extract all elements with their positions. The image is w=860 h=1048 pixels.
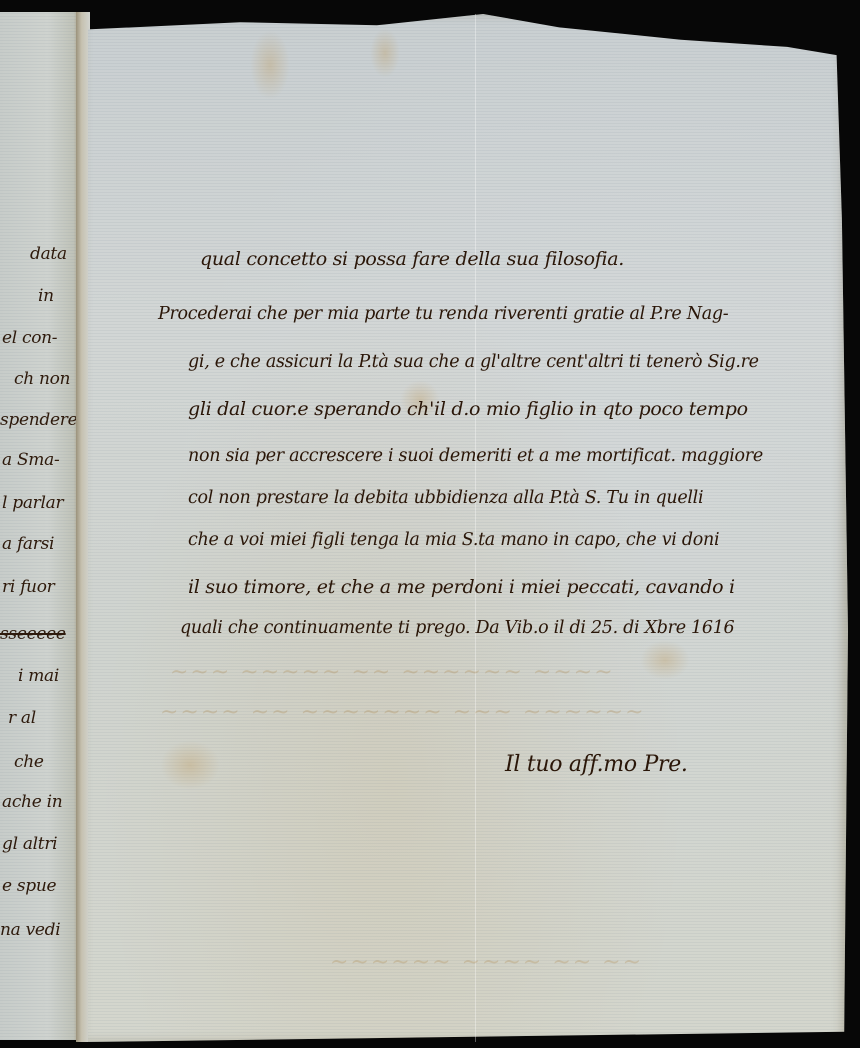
ink-bleed-through: ~~~~~~ ~~~~ ~~ ~~ [330,950,643,975]
left-fragment-struck: sseeeee [0,624,66,644]
paper-fold-line [475,14,476,1042]
ink-bleed-through: ~~~~ ~~ ~~~~~~~ ~~~ ~~~~~~ [160,700,646,725]
left-fragment: l parlar [2,493,63,513]
left-adjacent-page: data in el con- ch non spendere a Sma- l… [0,12,80,1040]
left-fragment: spendere [0,410,77,430]
left-fragment: na vedi [0,920,60,940]
left-fragment: data [30,244,67,264]
left-fragment: che [14,752,44,772]
manuscript-scan: data in el con- ch non spendere a Sma- l… [0,0,860,1048]
closing-signature: Il tuo aff.mo Pre. [505,752,688,777]
left-fragment: in [38,286,54,306]
letter-line-2: Procederai che per mia parte tu renda ri… [158,304,728,324]
left-fragment: ch non [14,369,70,389]
left-fragment: a Sma- [2,450,59,470]
left-fragment: el con- [2,328,57,348]
left-fragment: gl altri [2,834,57,854]
left-fragment: a farsi [2,534,54,554]
main-page [88,14,848,1042]
foxing-stain [160,740,220,790]
binding-gutter [76,12,90,1042]
left-fragment: r al [8,708,36,728]
ink-bleed-through: ~~~ ~~~~~ ~~ ~~~~~~ ~~~~ [170,660,615,685]
left-fragment: i mai [18,666,59,686]
letter-line-8: il suo timore, et che a me perdoni i mie… [188,576,735,598]
left-fragment: e spue [2,876,56,896]
letter-line-9-date: quali che continuamente ti prego. Da Vib… [180,618,734,638]
letter-line-7: che a voi miei figli tenga la mia S.ta m… [188,530,719,550]
foxing-stain [250,30,290,100]
letter-line-1: qual concetto si possa fare della sua fi… [200,248,624,270]
letter-line-5: non sia per accrescere i suoi demeriti e… [188,446,763,466]
letter-line-4: gli dal cuor.e sperando ch'il d.o mio fi… [188,398,748,420]
foxing-stain [640,640,690,680]
letter-line-6: col non prestare la debita ubbidienza al… [188,488,703,508]
left-fragment: ache in [2,792,62,812]
left-fragment: ri fuor [2,577,54,597]
foxing-stain [370,28,400,78]
letter-line-3: gi, e che assicuri la P.tà sua che a gl'… [188,352,759,372]
